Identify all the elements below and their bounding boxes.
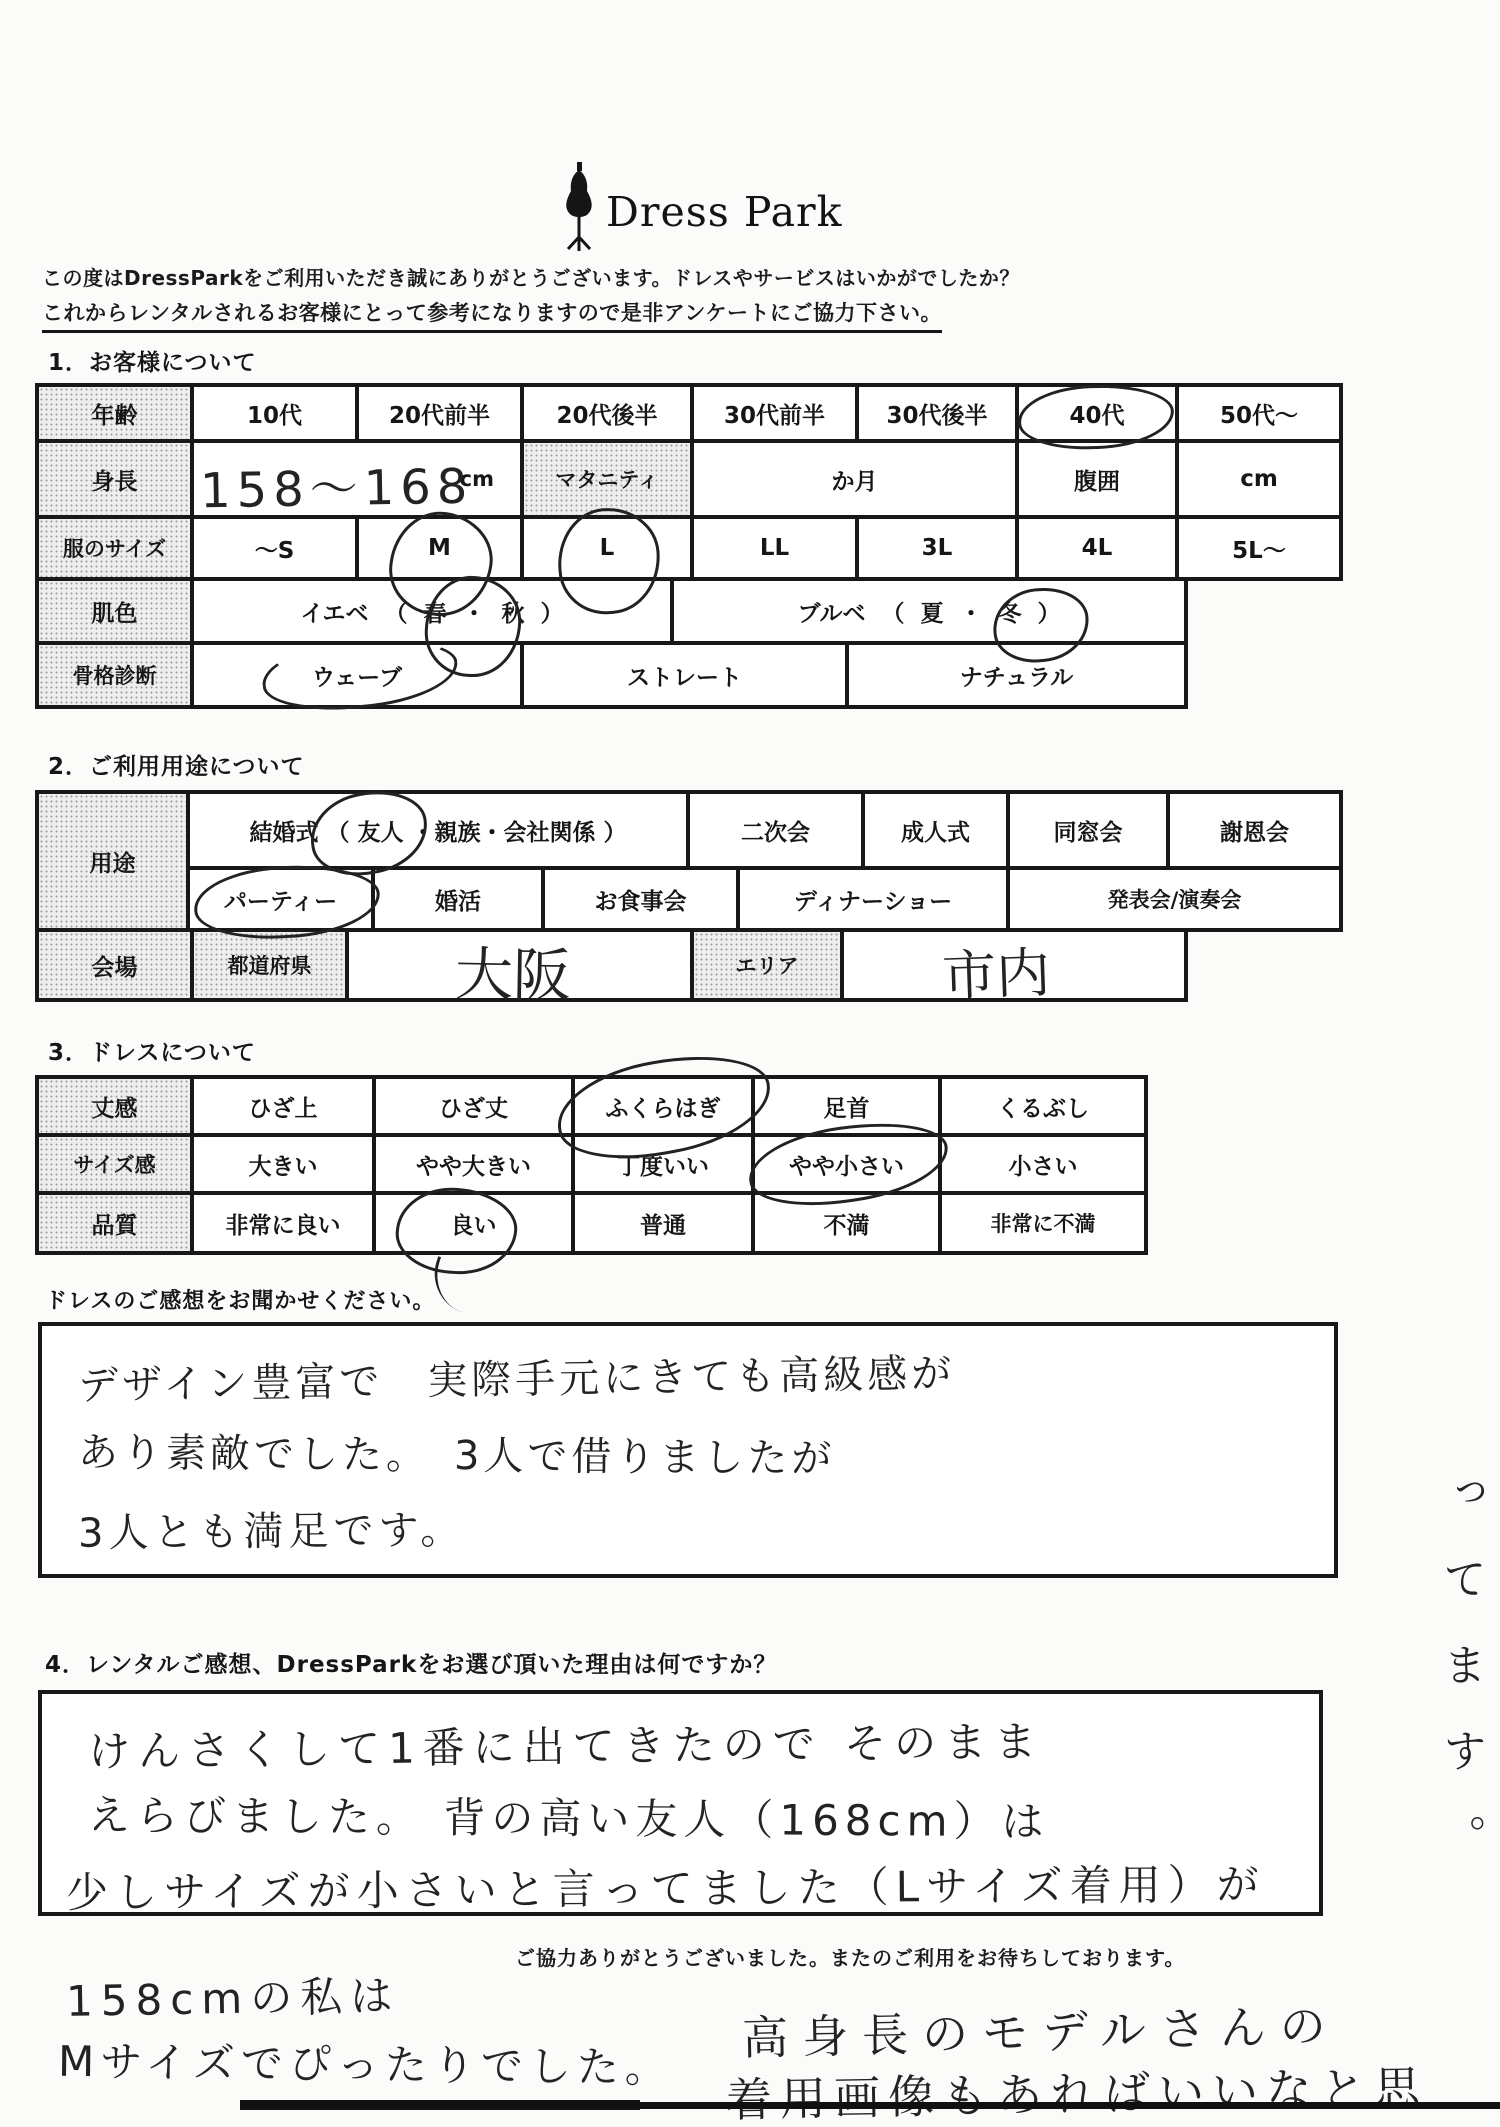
- usage-coming-of-age: 成人式: [865, 794, 1010, 866]
- section2-title: 2．ご利用用途について: [48, 748, 305, 781]
- dress-form-icon: [556, 160, 602, 252]
- usage-dinner-show: ディナーショー: [740, 870, 1010, 928]
- handwriting-reason-line3: 少しサイズが小さいと言ってました（Lサイズ着用）が: [66, 1852, 1266, 1920]
- waist-unit-label: cm: [1240, 466, 1278, 492]
- dot-separator: ・: [960, 595, 983, 628]
- prefecture-label-cell: 都道府県: [194, 932, 349, 998]
- length-label: 丈感: [92, 1090, 138, 1123]
- usage-coming-of-age-label: 成人式: [901, 814, 970, 847]
- brand-logo-text: Dress Park: [606, 188, 842, 236]
- age-label: 年齢: [92, 397, 138, 430]
- section1-title: 1．お客様について: [48, 344, 257, 377]
- skin-label-cell: 肌色: [39, 581, 194, 641]
- paren-close: ）: [541, 595, 564, 628]
- row-size: 服のサイズ ～S M L LL 3L 4L 5L～: [35, 515, 1343, 581]
- scan-edge-bar-right: [620, 2102, 1500, 2109]
- dress-comment-prompt: ドレスのご感想をお聞かせください。: [45, 1284, 435, 1315]
- age-20s-early-label: 20代前半: [389, 397, 490, 430]
- section3-title: 3．ドレスについて: [48, 1034, 256, 1067]
- size-ll: LL: [694, 519, 859, 577]
- venue-label-cell: 会場: [39, 932, 194, 998]
- skin-blue-label: ブルベ: [797, 595, 865, 628]
- quality-very-bad: 非常に不満: [942, 1195, 1144, 1251]
- skin-summer-label: 夏: [921, 595, 944, 628]
- usage-afterparty-label: 二次会: [741, 814, 810, 847]
- age-10s-label: 10代: [247, 397, 302, 430]
- handwriting-prefecture-osaka: 大阪: [454, 927, 571, 1013]
- handwriting-extra-line4: 着用画像もあればいいなと思: [725, 2052, 1428, 2127]
- handwriting-dress-comment-line3: 3人とも満足です。: [78, 1498, 466, 1558]
- section4-title: 4．レンタルご感想、DressParkをお選び頂いた理由は何ですか？: [45, 1646, 777, 1679]
- age-20s-late: 20代後半: [524, 387, 694, 439]
- waist-cell: 腹囲: [1019, 443, 1179, 515]
- usage-recital: 発表会/演奏会: [1010, 870, 1339, 928]
- age-30s-late: 30代後半: [859, 387, 1019, 439]
- usage-dinner-label: お食事会: [595, 883, 687, 916]
- quality-label-cell: 品質: [39, 1195, 194, 1251]
- size-3l: 3L: [859, 519, 1019, 577]
- frame-straight-label: ストレート: [627, 659, 742, 692]
- quality-bad-label: 不満: [824, 1207, 870, 1240]
- fit-label-cell: サイズ感: [39, 1137, 194, 1191]
- handwriting-margin-note: ってます。: [1428, 1470, 1492, 1950]
- handwriting-reason-line1: けんさくして1番に出てきたので そのまま: [88, 1709, 1045, 1779]
- length-ankle-label: 足首: [824, 1090, 870, 1123]
- wedding-others-label: ・親族・会社関係: [412, 814, 596, 847]
- quality-very-bad-label: 非常に不満: [991, 1208, 1096, 1238]
- length-knee: ひざ丈: [376, 1079, 575, 1133]
- scanned-survey-page: Dress Park この度はDressParkをご利用いただき誠にありがとうご…: [0, 0, 1500, 2127]
- venue-label: 会場: [92, 949, 138, 982]
- quality-normal-label: 普通: [640, 1207, 686, 1240]
- age-30s-late-label: 30代後半: [886, 397, 987, 430]
- paren-open: （: [882, 595, 905, 628]
- size-s: ～S: [194, 519, 359, 577]
- usage-label: 用途: [90, 845, 136, 878]
- size-label-cell: 服のサイズ: [39, 519, 194, 577]
- usage-thanks-party-label: 謝恩会: [1220, 814, 1289, 847]
- fit-small-label: 小さい: [1009, 1148, 1078, 1181]
- size-s-label: ～S: [255, 532, 295, 565]
- handwriting-extra-line2: Mサイズでぴったりでした。: [58, 2029, 673, 2095]
- age-50s-label: 50代～: [1220, 397, 1298, 430]
- fit-large: 大きい: [194, 1137, 376, 1191]
- usage-dinner-show-label: ディナーショー: [794, 883, 952, 916]
- area-label: エリア: [736, 950, 799, 980]
- frame-natural-label: ナチュラル: [960, 659, 1074, 692]
- age-50s: 50代～: [1179, 387, 1339, 439]
- fit-slightly-large-label: やや大きい: [416, 1148, 531, 1181]
- months-label: か月: [832, 463, 878, 496]
- maternity-label: マタニティ: [555, 464, 658, 494]
- length-maxi: くるぶし: [942, 1079, 1144, 1133]
- scan-edge-bar-left: [240, 2100, 640, 2110]
- handwriting-dress-comment-line2: あり素敵でした。 3人で借りましたが: [78, 1421, 836, 1485]
- fit-large-label: 大きい: [249, 1148, 318, 1181]
- intro-line-1: この度はDressParkをご利用いただき誠にありがとうございます。ドレスやサー…: [42, 262, 1020, 291]
- size-ll-label: LL: [760, 535, 789, 561]
- usage-konkatsu: 婚活: [375, 870, 545, 928]
- skin-blue-cell: ブルベ （ 夏 ・ 冬 ）: [674, 581, 1184, 641]
- handwriting-reason-line2: えらびました。 背の高い友人（168cm）は: [88, 1783, 1050, 1850]
- quality-very-good: 非常に良い: [194, 1195, 376, 1251]
- wedding-label: 結婚式: [250, 814, 319, 847]
- size-4l: 4L: [1019, 519, 1179, 577]
- usage-recital-label: 発表会/演奏会: [1108, 884, 1242, 914]
- age-label-cell: 年齢: [39, 387, 194, 439]
- length-above-knee-label: ひざ上: [249, 1090, 318, 1123]
- maternity-cell: マタニティ: [524, 443, 694, 515]
- height-label-cell: 身長: [39, 443, 194, 515]
- size-5l-label: 5L～: [1232, 532, 1286, 565]
- intro-line-2: これからレンタルされるお客様にとって参考になりますので是非アンケートにご協力下さ…: [42, 297, 942, 333]
- skin-yellow-label: イエベ: [300, 595, 368, 628]
- length-label-cell: 丈感: [39, 1079, 194, 1133]
- usage-wedding: 結婚式 （ 友人 ・親族・会社関係 ）: [190, 794, 690, 866]
- length-knee-label: ひざ丈: [439, 1090, 508, 1123]
- quality-bad: 不満: [755, 1195, 942, 1251]
- area-label-cell: エリア: [694, 932, 844, 998]
- size-label: 服のサイズ: [63, 533, 166, 563]
- waist-unit-cell: cm: [1179, 443, 1339, 515]
- fit-small: 小さい: [942, 1137, 1144, 1191]
- size-4l-label: 4L: [1082, 535, 1113, 561]
- age-20s-late-label: 20代後半: [556, 397, 657, 430]
- usage-reunion-label: 同窓会: [1054, 814, 1123, 847]
- size-5l: 5L～: [1179, 519, 1339, 577]
- age-30s-early: 30代前半: [694, 387, 859, 439]
- length-maxi-label: くるぶし: [997, 1090, 1089, 1123]
- usage-label-cell: 用途: [35, 790, 190, 932]
- quality-normal: 普通: [575, 1195, 755, 1251]
- age-20s-early: 20代前半: [359, 387, 524, 439]
- skin-label: 肌色: [92, 595, 138, 628]
- months-cell: か月: [694, 443, 1019, 515]
- handwriting-extra-line1: 158cmの私は: [66, 1963, 401, 2029]
- frame-label: 骨格診断: [73, 660, 157, 690]
- quality-label: 品質: [92, 1207, 138, 1240]
- row-quality: 品質 非常に良い 良い 普通 不満 非常に不満: [35, 1191, 1148, 1255]
- height-label: 身長: [92, 463, 138, 496]
- waist-label: 腹囲: [1074, 463, 1120, 496]
- usage-konkatsu-label: 婚活: [435, 883, 481, 916]
- length-above-knee: ひざ上: [194, 1079, 376, 1133]
- frame-label-cell: 骨格診断: [39, 645, 194, 705]
- usage-dinner: お食事会: [545, 870, 740, 928]
- usage-afterparty: 二次会: [690, 794, 865, 866]
- footer-thanks: ご協力ありがとうございました。またのご利用をお待ちしております。: [515, 1942, 1185, 1971]
- usage-reunion: 同窓会: [1010, 794, 1170, 866]
- frame-straight: ストレート: [524, 645, 849, 705]
- size-3l-label: 3L: [922, 535, 953, 561]
- paren-close: ）: [604, 814, 627, 847]
- handwriting-area-shinai: 市内: [941, 930, 1052, 1011]
- prefecture-label: 都道府県: [228, 950, 312, 980]
- age-10s: 10代: [194, 387, 359, 439]
- age-30s-early-label: 30代前半: [724, 397, 825, 430]
- fit-slightly-large: やや大きい: [376, 1137, 575, 1191]
- quality-very-good-label: 非常に良い: [226, 1207, 341, 1240]
- handwriting-height-value: 158〜168: [199, 448, 473, 522]
- usage-thanks-party: 謝恩会: [1170, 794, 1339, 866]
- fit-label: サイズ感: [73, 1149, 155, 1179]
